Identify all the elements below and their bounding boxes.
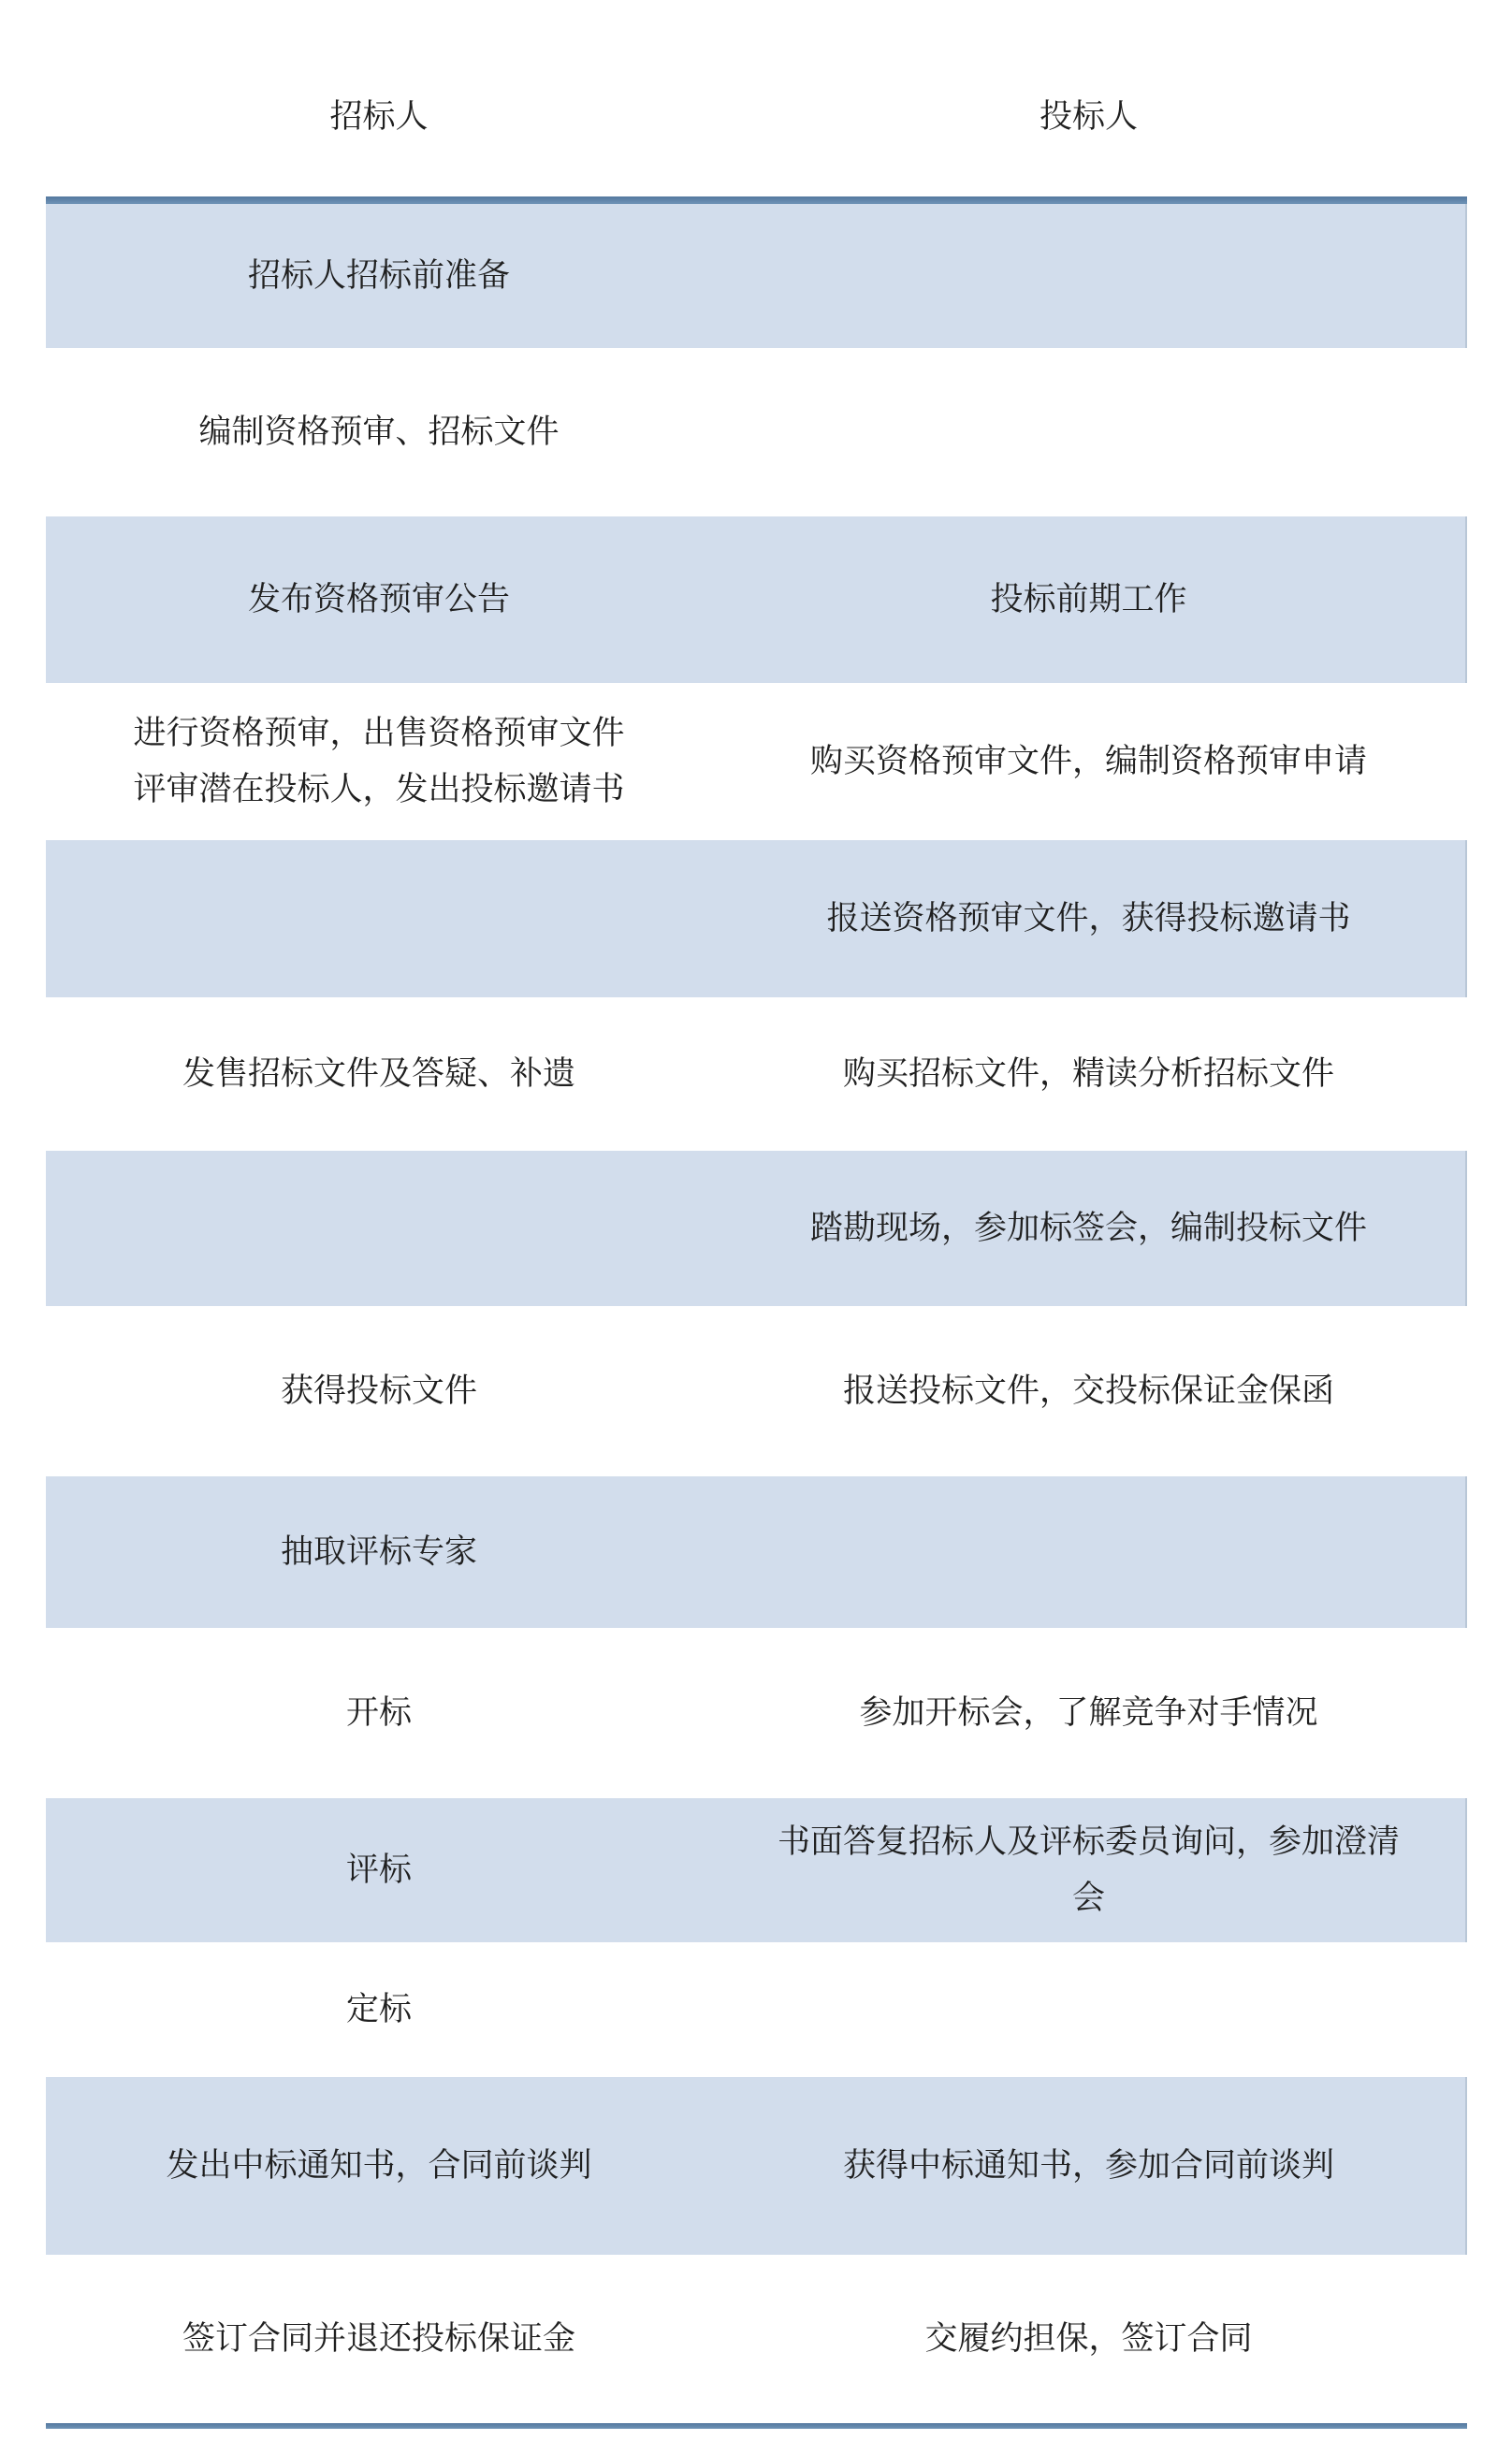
table-row: 报送资格预审文件，获得投标邀请书 bbox=[46, 840, 1467, 997]
bidder-cell: 报送资格预审文件，获得投标邀请书 bbox=[712, 840, 1465, 997]
bidder-cell: 购买资格预审文件，编制资格预审申请 bbox=[712, 683, 1465, 840]
tenderer-cell: 进行资格预审，出售资格预审文件 评审潜在投标人，发出投标邀请书 bbox=[46, 683, 712, 840]
table-header-row: 招标人 投标人 bbox=[46, 0, 1467, 196]
table-row: 发布资格预审公告 投标前期工作 bbox=[46, 516, 1467, 683]
tenderer-cell: 获得投标文件 bbox=[46, 1306, 712, 1476]
table-row: 定标 bbox=[46, 1942, 1467, 2077]
tenderer-cell: 评标 bbox=[46, 1798, 712, 1942]
tenderer-cell: 定标 bbox=[46, 1942, 712, 2077]
bidder-cell bbox=[712, 1942, 1465, 2077]
bidder-cell bbox=[712, 348, 1465, 516]
tenderer-cell bbox=[46, 1151, 712, 1306]
table-row: 编制资格预审、招标文件 bbox=[46, 348, 1467, 516]
table-bottom-border bbox=[46, 2423, 1467, 2429]
tenderer-cell: 签订合同并退还投标保证金 bbox=[46, 2255, 712, 2423]
table-row: 进行资格预审，出售资格预审文件 评审潜在投标人，发出投标邀请书 购买资格预审文件… bbox=[46, 683, 1467, 840]
bidder-cell: 踏勘现场，参加标签会，编制投标文件 bbox=[712, 1151, 1465, 1306]
tenderer-cell bbox=[46, 840, 712, 997]
table-row: 抽取评标专家 bbox=[46, 1476, 1467, 1628]
table-row: 踏勘现场，参加标签会，编制投标文件 bbox=[46, 1151, 1467, 1306]
bidder-cell: 购买招标文件，精读分析招标文件 bbox=[712, 997, 1465, 1151]
bidding-process-table: 招标人 投标人 招标人招标前准备 编制资格预审、招标文件 发布资格预审公告 投标… bbox=[46, 0, 1467, 2429]
table-row: 发出中标通知书，合同前谈判 获得中标通知书，参加合同前谈判 bbox=[46, 2077, 1467, 2255]
bidder-column-header: 投标人 bbox=[712, 37, 1465, 196]
tenderer-cell: 抽取评标专家 bbox=[46, 1476, 712, 1628]
tenderer-column-header: 招标人 bbox=[46, 37, 712, 196]
tenderer-cell: 招标人招标前准备 bbox=[46, 204, 712, 348]
tenderer-cell: 编制资格预审、招标文件 bbox=[46, 348, 712, 516]
tenderer-cell: 发布资格预审公告 bbox=[46, 516, 712, 683]
bidder-cell: 投标前期工作 bbox=[712, 516, 1465, 683]
table-row: 招标人招标前准备 bbox=[46, 204, 1467, 348]
table-row: 发售招标文件及答疑、补遗 购买招标文件，精读分析招标文件 bbox=[46, 997, 1467, 1151]
bidder-cell bbox=[712, 1476, 1465, 1628]
table-row: 签订合同并退还投标保证金 交履约担保，签订合同 bbox=[46, 2255, 1467, 2423]
table-top-border bbox=[46, 196, 1467, 204]
bidder-cell bbox=[712, 204, 1465, 348]
tenderer-cell: 开标 bbox=[46, 1628, 712, 1798]
table-row: 评标 书面答复招标人及评标委员询问，参加澄清 会 bbox=[46, 1798, 1467, 1942]
tenderer-cell: 发售招标文件及答疑、补遗 bbox=[46, 997, 712, 1151]
bidder-cell: 书面答复招标人及评标委员询问，参加澄清 会 bbox=[712, 1798, 1465, 1942]
table-row: 开标 参加开标会，了解竞争对手情况 bbox=[46, 1628, 1467, 1798]
bidder-cell: 报送投标文件，交投标保证金保函 bbox=[712, 1306, 1465, 1476]
tenderer-cell: 发出中标通知书，合同前谈判 bbox=[46, 2077, 712, 2255]
table-row: 获得投标文件 报送投标文件，交投标保证金保函 bbox=[46, 1306, 1467, 1476]
bidder-cell: 参加开标会，了解竞争对手情况 bbox=[712, 1628, 1465, 1798]
bidder-cell: 交履约担保，签订合同 bbox=[712, 2255, 1465, 2423]
bidder-cell: 获得中标通知书，参加合同前谈判 bbox=[712, 2077, 1465, 2255]
